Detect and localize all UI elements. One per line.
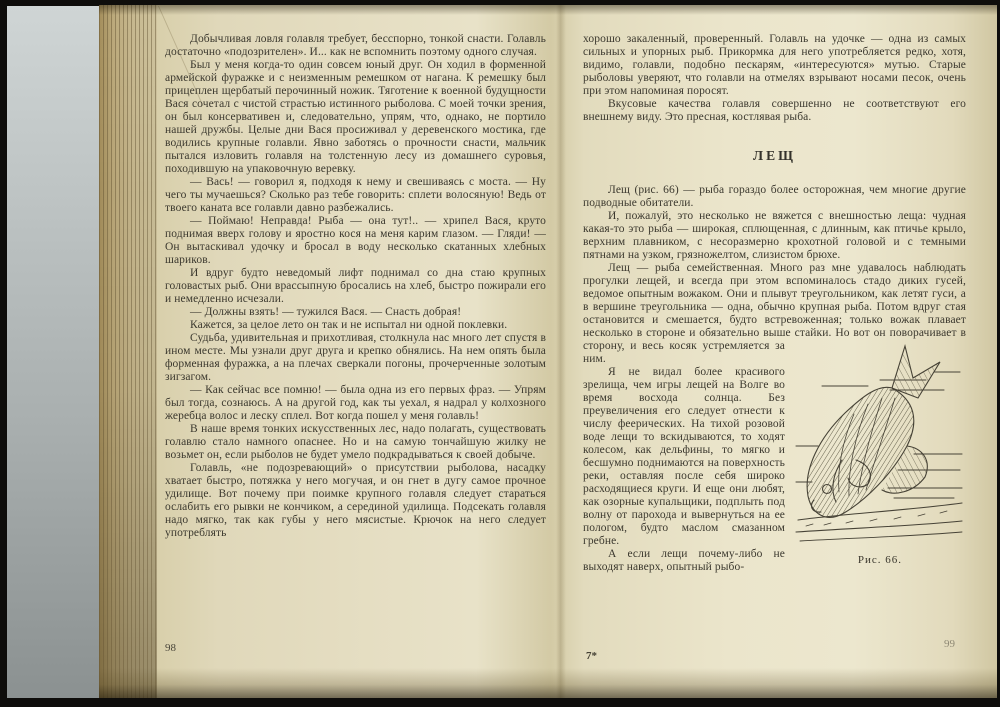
paragraph: Кажется, за целое лето он так и не испыт… (165, 319, 546, 332)
right-page-text-column: хорошо закаленный, проверенный. Голавль … (583, 33, 966, 574)
paragraph: — Вась! — говорил я, подходя к нему и св… (165, 176, 546, 215)
paragraph: Вкусовые качества голавля совершенно не … (583, 98, 966, 124)
chapter-heading: ЛЕЩ (583, 149, 966, 162)
paragraph: Голавль, «не подозревающий» о присутстви… (165, 462, 546, 540)
page-edge-stack (99, 5, 157, 698)
spine-gutter (556, 5, 566, 698)
paragraph: И вдруг будто неведомый лифт поднимал со… (165, 267, 546, 306)
paragraph: В наше время тонких искусственных лес, н… (165, 423, 546, 462)
page-number-left: 98 (165, 642, 176, 654)
top-page-shadow (99, 5, 997, 15)
bottom-page-shadow (99, 668, 997, 698)
paragraph: — Должны взять! — тужился Вася. — Снасть… (165, 306, 546, 319)
paragraph: Лещ (рис. 66) — рыба гораздо более остор… (583, 184, 966, 210)
paragraph: — Поймаю! Неправда! Рыба — она тут!.. — … (165, 215, 546, 267)
paragraph: Был у меня когда-то один совсем юный дру… (165, 59, 546, 176)
left-page-text-column: Добычливая ловля голавля требует, бесспо… (165, 33, 546, 540)
figure-bream: Рис. 66. (794, 342, 966, 567)
page-number-right: 99 (944, 638, 955, 650)
paragraph: Лещ — рыба семейственная. Много раз мне … (583, 262, 966, 366)
paragraph: хорошо закаленный, проверенный. Голавль … (583, 33, 966, 98)
bream-fish-engraving-icon (794, 342, 966, 554)
figure-caption: Рис. 66. (858, 554, 902, 566)
scanner-bed (7, 6, 99, 698)
paragraph: И, пожалуй, это несколько не вяжется с в… (583, 210, 966, 262)
paragraph: Судьба, удивительная и прихотливая, стол… (165, 332, 546, 384)
book-scan: Добычливая ловля голавля требует, бесспо… (0, 0, 1000, 707)
paragraph: — Как сейчас все помню! — была одна из е… (165, 384, 546, 423)
printer-signature-mark: 7* (586, 650, 597, 662)
paragraph: Добычливая ловля голавля требует, бесспо… (165, 33, 546, 59)
